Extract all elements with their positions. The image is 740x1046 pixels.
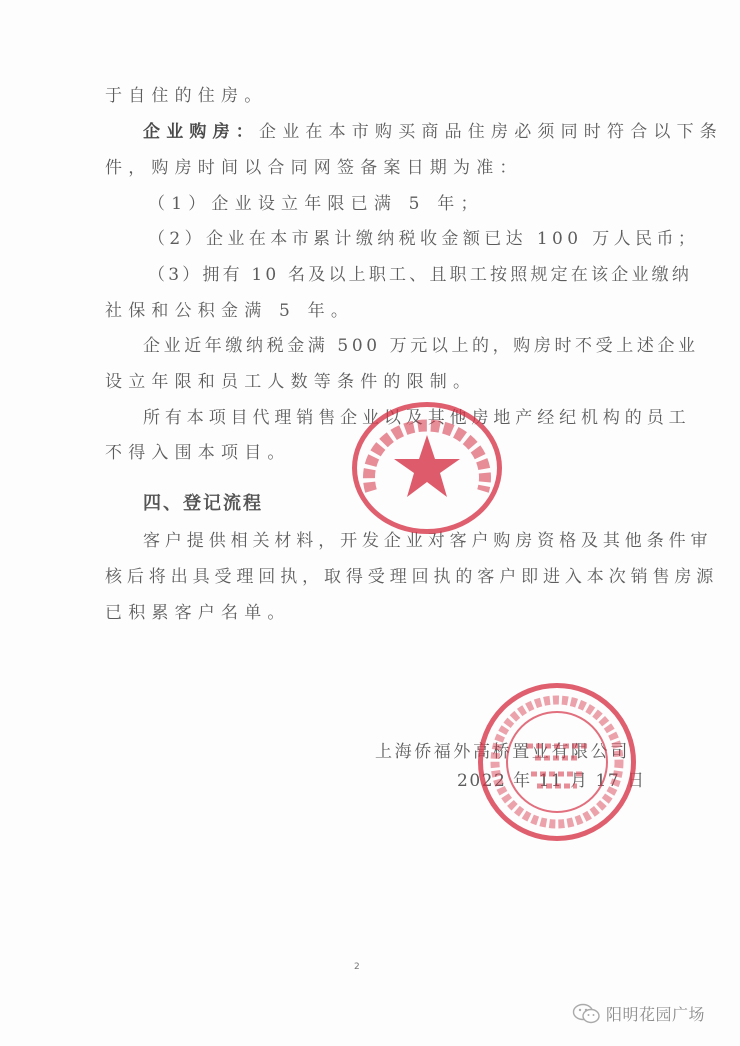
section-heading: 四、登记流程 [143,489,263,515]
body-line: 件，购房时间以合同网签备案日期为准： [105,158,523,178]
enterprise-purchase-label: 企业购房： [143,122,259,142]
body-line: 于自住的住房。 [105,86,267,106]
condition-item-1: （1）企业设立年限已满 5 年； [148,194,484,214]
document-page: 于自住的住房。 企业购房：企业在本市购买商品住房必须同时符合以下条 件，购房时间… [0,0,740,1046]
body-line: 客户提供相关材料，开发企业对客户购房资格及其他条件审 [143,531,712,551]
page-number: 2 [354,962,360,972]
condition-item-3: （3）拥有 10 名及以上职工、且职工按照规定在该企业缴纳 [148,265,692,285]
condition-item-2: （2）企业在本市累计缴纳税收金额已达 100 万人民币； [148,229,699,249]
wechat-icon [572,1003,602,1025]
body-line: 不得入围本项目。 [105,443,291,463]
body-line: 企业近年缴纳税金满 500 万元以上的，购房时不受上述企业 [143,336,699,356]
seal-ring-icon [483,688,631,836]
body-line: 企业购房：企业在本市购买商品住房必须同时符合以下条 [143,122,723,142]
wechat-watermark: 阳明花园广场 [572,1002,705,1025]
body-line: 设立年限和员工人数等条件的限制。 [105,372,476,392]
body-line: 已积累客户名单。 [105,603,291,623]
star-icon [357,407,497,529]
watermark-text: 阳明花园广场 [606,1002,705,1025]
body-text: 企业在本市购买商品住房必须同时符合以下条 [259,122,723,142]
committee-seal-stamp [352,402,502,534]
body-line: 核后将出具受理回执，取得受理回执的客户即进入本次销售房源 [105,567,718,587]
body-line: 社保和公积金满 5 年。 [105,301,354,321]
company-seal-stamp [478,683,636,841]
